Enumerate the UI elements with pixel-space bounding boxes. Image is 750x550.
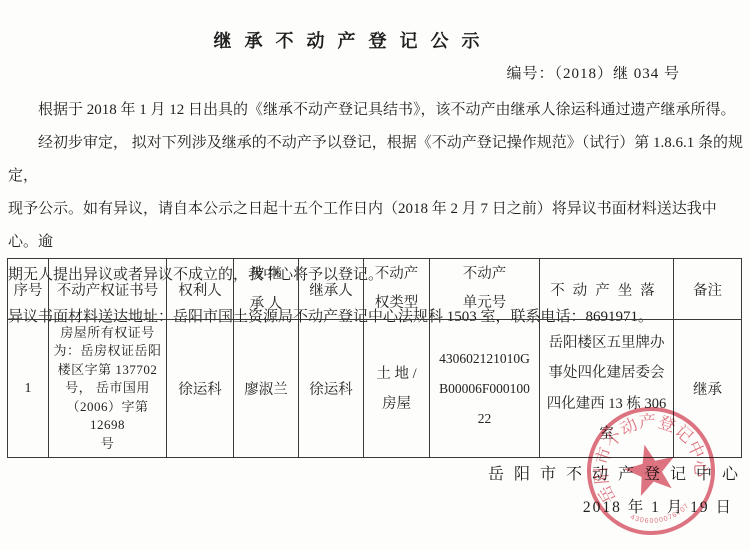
- cell-unit-no: 430602121010G B00006F000100 22: [430, 320, 540, 458]
- cell-cert-no: 房屋所有权证号 为：岳房权证岳阳 楼区字第 137702 号， 岳市国用 （20…: [49, 320, 167, 458]
- table-header-row: 序号 不动产权证书号 权利人 被 继 承 人 继承人 不动产 权类型 不动产 单…: [8, 259, 742, 320]
- cell-note: 继承: [674, 320, 742, 458]
- header-decedent: 被 继 承 人: [234, 259, 299, 320]
- cell-location: 岳阳楼区五里牌办 事处四化建居委会 四化建西 13 栋 306 室: [540, 320, 674, 458]
- header-location: 不动产坐落: [540, 259, 674, 320]
- signature-org: 岳阳市不动产登记中心: [488, 461, 748, 484]
- cell-decedent: 廖淑兰: [234, 320, 299, 458]
- cell-holder: 徐运科: [167, 320, 234, 458]
- header-seq: 序号: [8, 259, 49, 320]
- document-number: 编号：（2018）继 034 号: [506, 62, 680, 83]
- header-holder: 权利人: [167, 259, 234, 320]
- header-unit-no: 不动产 单元号: [430, 259, 540, 320]
- page-title: 继承不动产登记公示: [0, 27, 728, 53]
- signature-date: 2018 年 1 月 19 日: [583, 495, 733, 517]
- cell-right-type: 土 地 / 房屋: [364, 320, 430, 458]
- notice-document: 继承不动产登记公示 编号：（2018）继 034 号 根据于 2018 年 1 …: [0, 0, 750, 550]
- header-right-type: 不动产 权类型: [364, 259, 430, 320]
- paragraph-basis: 根据于 2018 年 1 月 12 日出具的《继承不动产登记具结书》，该不动产由…: [8, 94, 746, 127]
- header-note: 备注: [674, 259, 742, 320]
- registration-table: 序号 不动产权证书号 权利人 被 继 承 人 继承人 不动产 权类型 不动产 单…: [7, 258, 742, 458]
- table-row: 1 房屋所有权证号 为：岳房权证岳阳 楼区字第 137702 号， 岳市国用 （…: [8, 320, 742, 458]
- header-cert-no: 不动产权证书号: [49, 259, 167, 320]
- cell-heir: 徐运科: [299, 320, 364, 458]
- header-heir: 继承人: [299, 259, 364, 320]
- cell-seq: 1: [8, 320, 49, 458]
